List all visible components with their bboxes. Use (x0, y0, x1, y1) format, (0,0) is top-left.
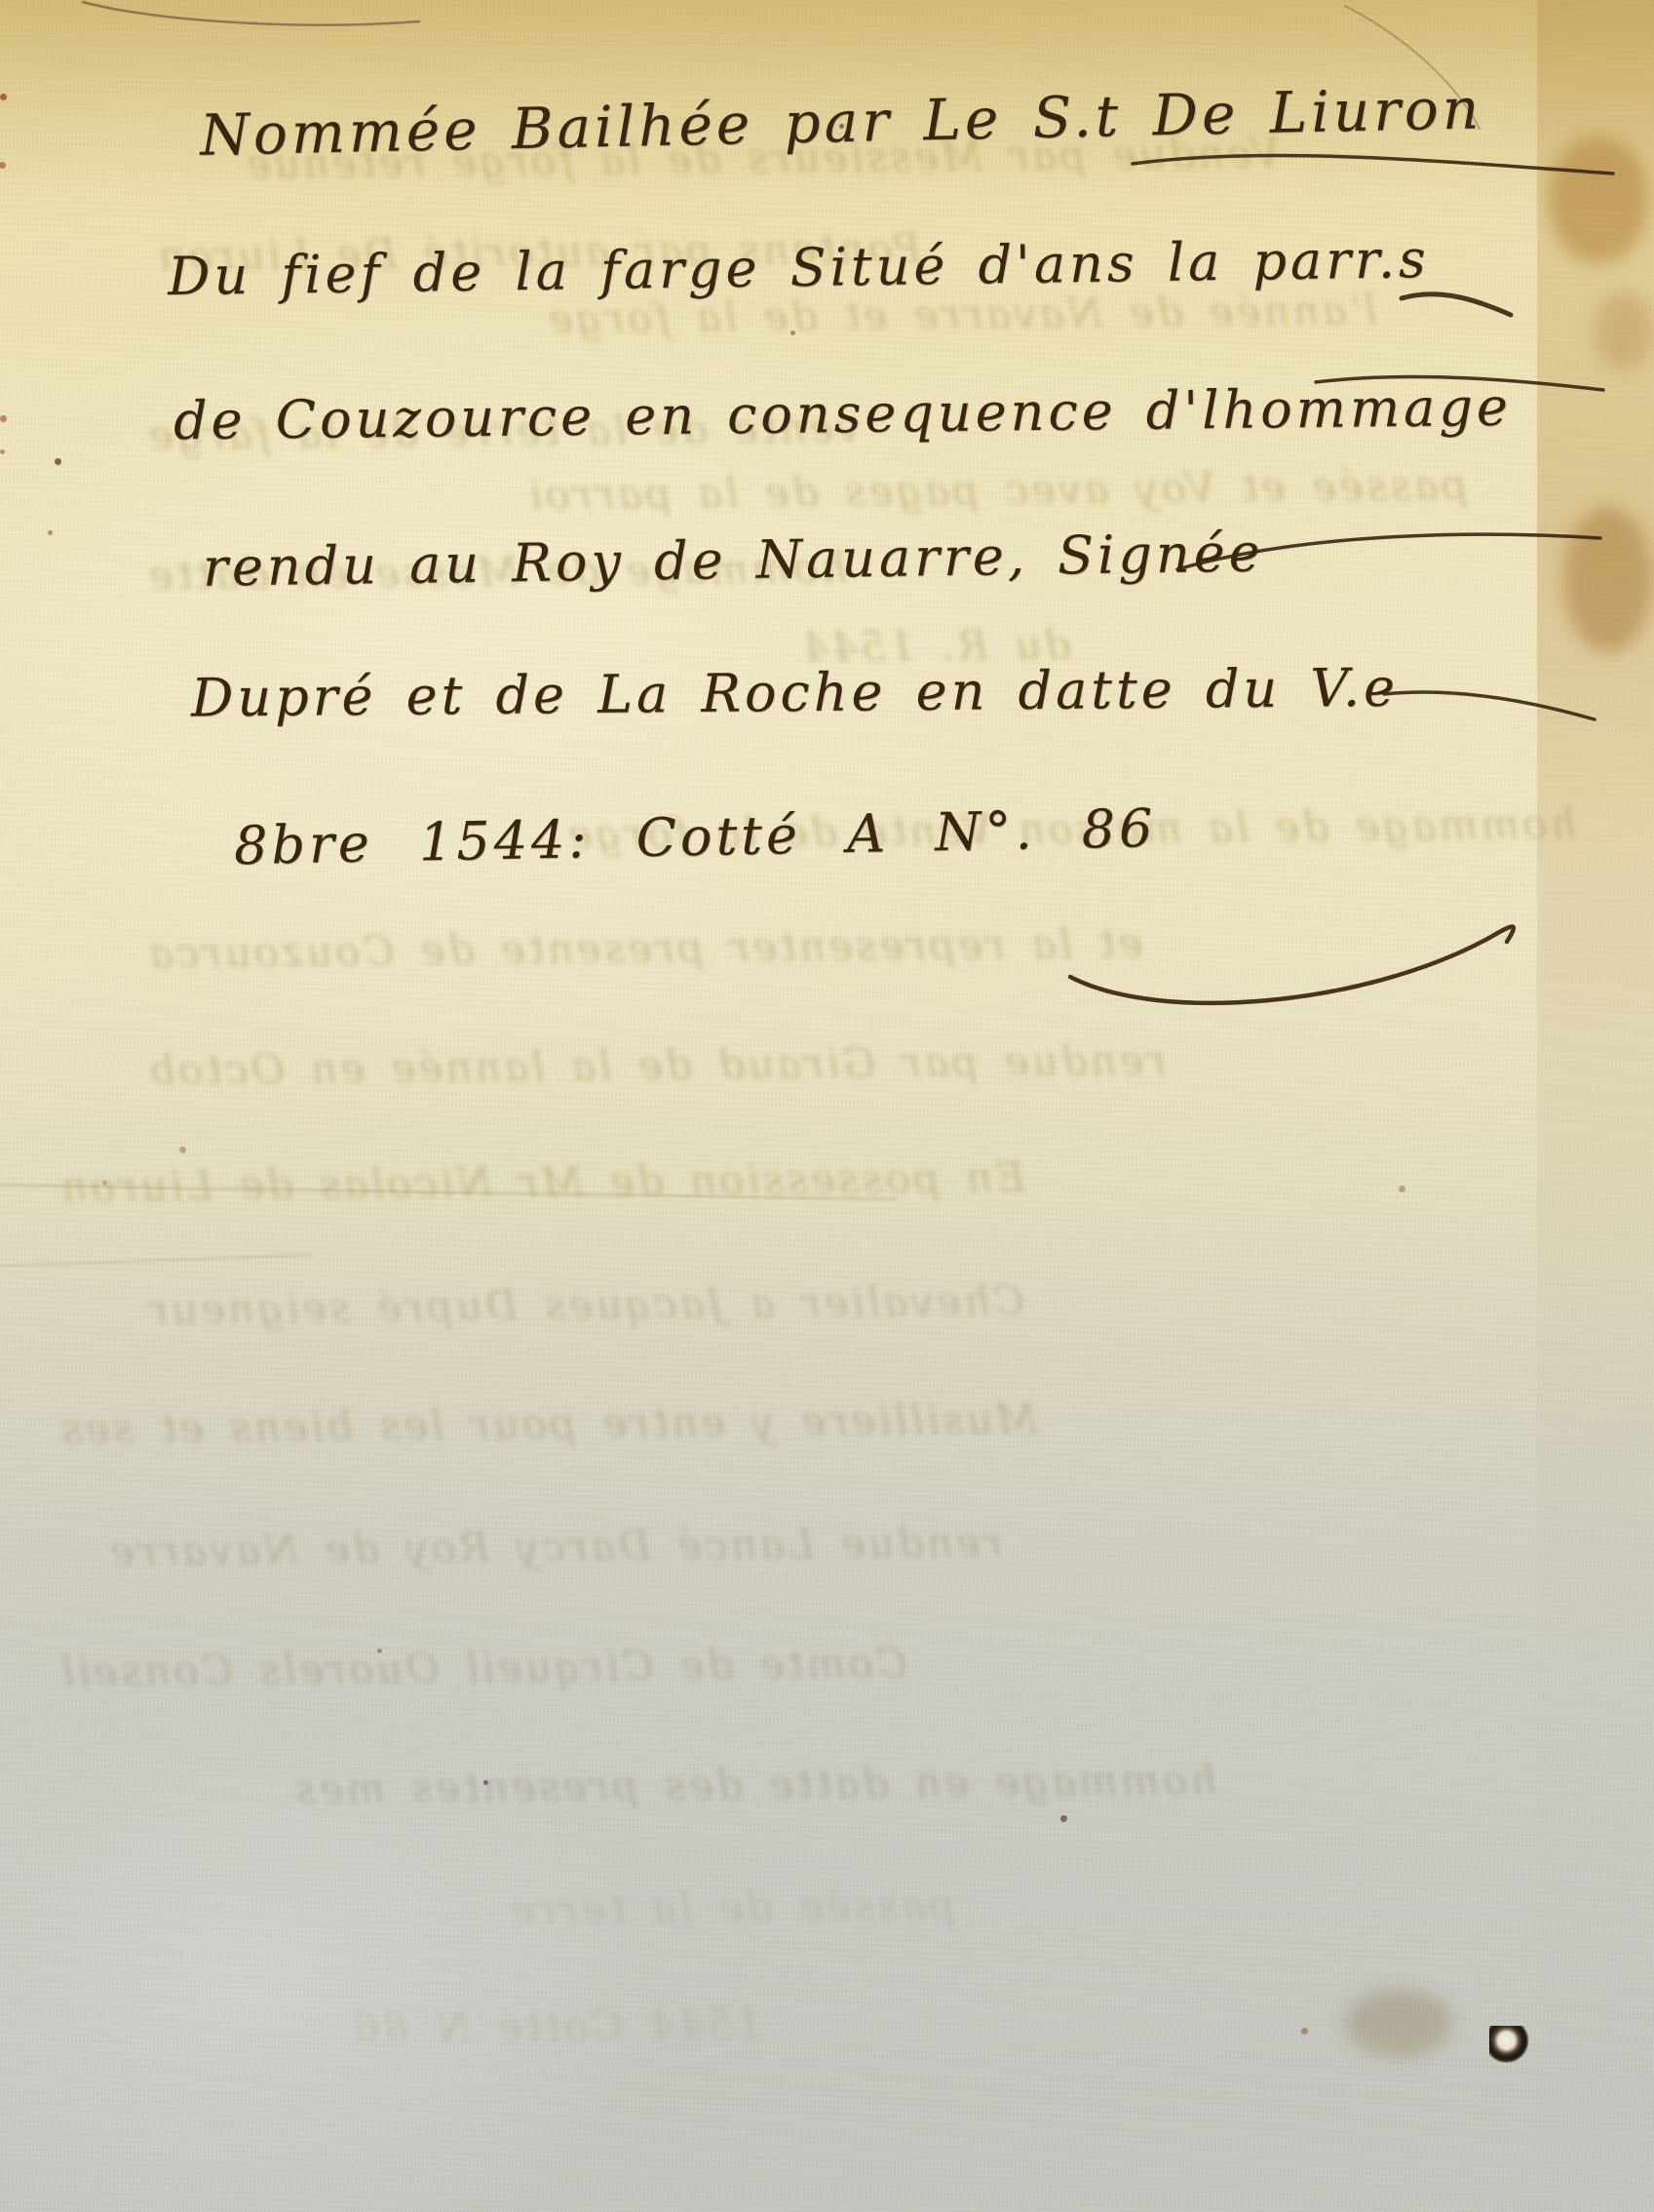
foxing-stain (1345, 1989, 1452, 2057)
manuscript-text-line: rendu au Roy de Nauarre, Signée (203, 526, 1264, 594)
bleedthrough-line: Musilliere y entre pour les biens et ses (58, 1399, 1038, 1451)
bleedthrough-line: et la representer presente de Couzourca (146, 923, 1143, 975)
paper-crease (0, 1254, 312, 1269)
pen-flourishes (0, 0, 1654, 2212)
manuscript-text-line: de Couzource en consequence d'lhommage (173, 381, 1512, 447)
bleedthrough-line: Chevalier a Jacques Dupré seigneur (146, 1280, 1024, 1330)
ink-specks (0, 0, 3, 3)
bleedthrough-line: passée de la terre (507, 1885, 955, 1931)
manuscript-text-line: Nommée Bailhée par Le S.t De Liuron (200, 80, 1483, 164)
paper-stain-right-edge (1537, 0, 1654, 2212)
closing-swash (1070, 927, 1514, 1003)
bleedthrough-line: rendue Lancé Darcy Roy de Navarre (107, 1522, 1003, 1572)
paper-texture (0, 0, 1654, 2212)
flourish-dash-line2 (1402, 294, 1511, 315)
bleedthrough-line: Comte de Cirqueil Ouorels Conseil (58, 1643, 907, 1692)
top-edge-stroke (83, 2, 419, 25)
paper-hole (1489, 2026, 1530, 2063)
manuscript-text-line: 8bre 1544: Cotté A N°. 86 (234, 802, 1157, 873)
paper-crease (0, 1184, 897, 1204)
flourish-dash-line1 (1133, 155, 1613, 174)
paper-top-shading (0, 0, 1654, 2212)
bleedthrough-line: 1544 Cotté N 86 (351, 2004, 763, 2049)
flourish-dash-line5 (1384, 692, 1595, 719)
manuscript-text-line: Du fief de la farge Situé d'ans la parr.… (168, 233, 1430, 303)
foxing-stain (1563, 507, 1653, 653)
manuscript-text-line: Dupré et de La Roche en datte du V.e (191, 662, 1399, 725)
bleedthrough-line: En possession de Mr Nicolas de Liuron (58, 1157, 1026, 1208)
manuscript-page: Vendue par Messieurs de la forge retenue… (0, 0, 1654, 2212)
bleedthrough-line: passée et Voy avec pages de la parroi (526, 465, 1468, 516)
foxing-stain (1548, 136, 1649, 263)
bleedthrough-line: rendue par Giraud de la lannée en Octob (146, 1040, 1167, 1092)
foxing-stain (1595, 292, 1653, 370)
bleedthrough-line: hommage en datte des presentes mes (292, 1760, 1216, 1810)
